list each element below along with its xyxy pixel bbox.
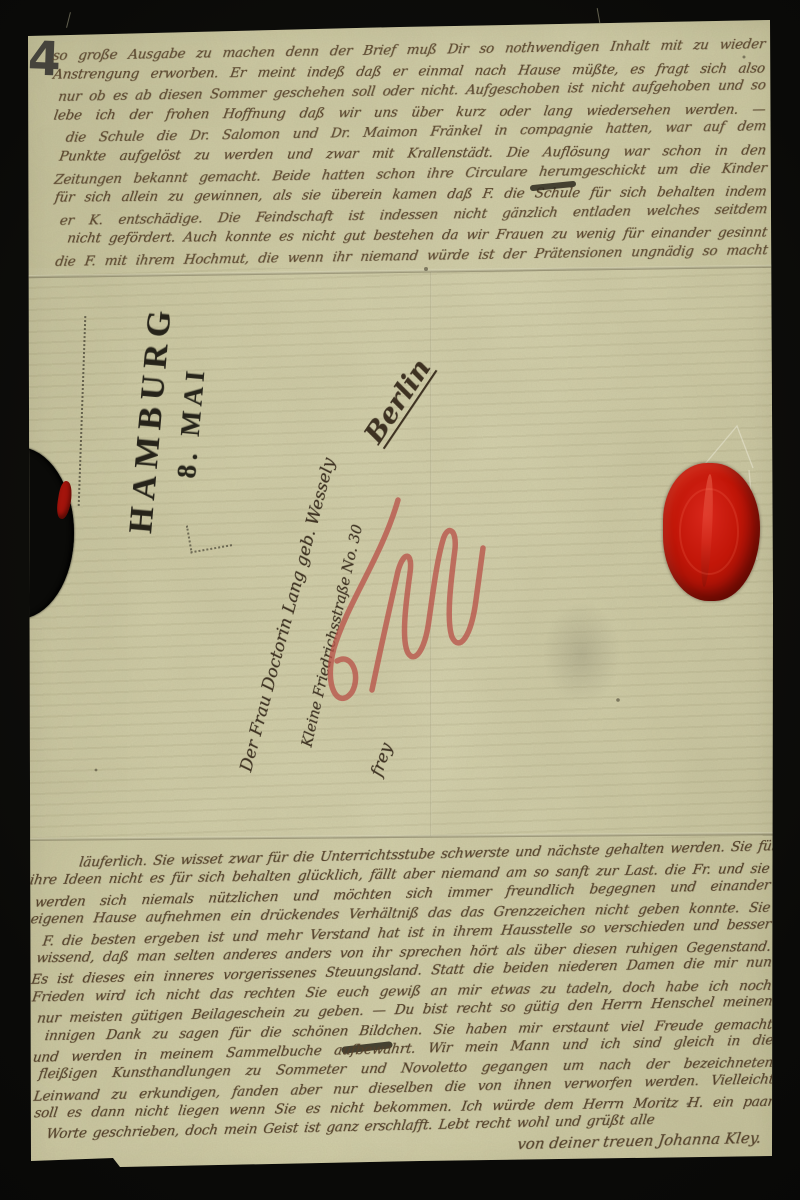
torn-seal-notch bbox=[0, 447, 74, 619]
letter-scan: 4 so große Ausgabe zu machen denn der Br… bbox=[0, 0, 800, 1200]
ink-smudge bbox=[543, 602, 621, 706]
letter-paper-sheet: 4 so große Ausgabe zu machen denn der Br… bbox=[0, 0, 800, 1200]
handwriting-block-top: so große Ausgabe zu machen denn der Brie… bbox=[53, 37, 768, 272]
wax-seal bbox=[663, 463, 760, 601]
address-destination: Berlin bbox=[340, 327, 455, 477]
paper-fiber bbox=[66, 12, 71, 28]
dotted-ink-line bbox=[78, 316, 87, 506]
dotted-ink-bracket bbox=[186, 519, 232, 554]
postmark-stamp: HAMBURG 8. MAI bbox=[120, 287, 234, 554]
handwriting-block-bottom: läuferlich. Sie wisset zwar für die Unte… bbox=[29, 839, 775, 1164]
paper-fiber bbox=[597, 8, 601, 23]
address-postage-note: frey bbox=[362, 728, 401, 791]
